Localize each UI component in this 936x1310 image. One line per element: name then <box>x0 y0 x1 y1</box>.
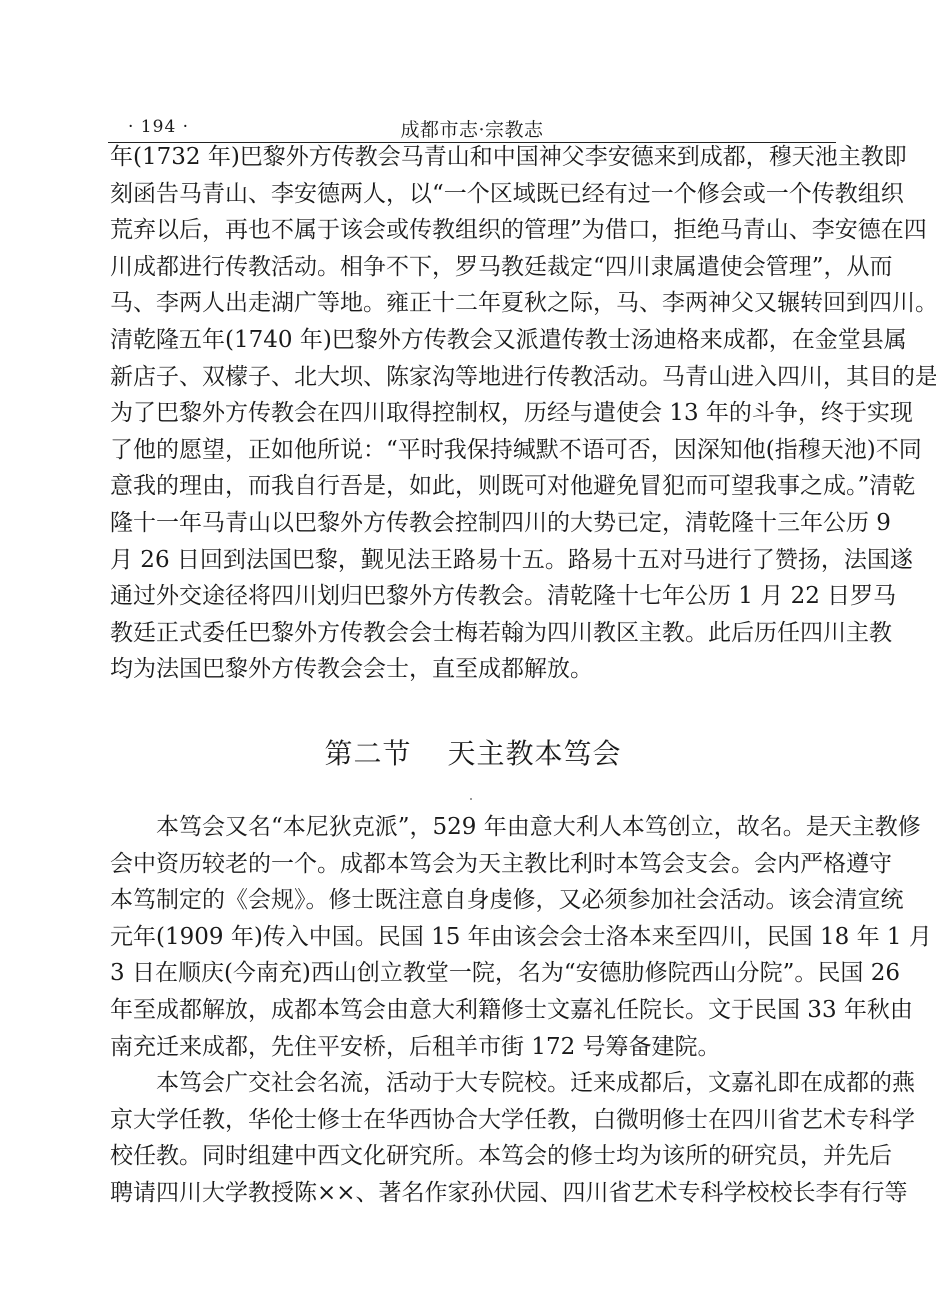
book-page: · 194 · 成都市志·宗教志 年(1732 年)巴黎外方传教会马青山和中国神… <box>0 0 936 1310</box>
section-heading: 第二节天主教本笃会 <box>110 734 836 774</box>
scan-speck <box>858 1110 860 1112</box>
text-line: 隆十一年马青山以巴黎外方传教会控制四川的大势已定，清乾隆十三年公历 9 <box>110 505 836 542</box>
text-line: 为了巴黎外方传教会在四川取得控制权，历经与遣使会 13 年的斗争，终于实现 <box>110 395 836 432</box>
text-line: 新店子、双檬子、北大坝、陈家沟等地进行传教活动。马青山进入四川，其目的是 <box>110 359 836 396</box>
text-line: 刻函告马青山、李安德两人，以“一个区域既已经有过一个修会或一个传教组织 <box>110 176 836 213</box>
text-line: 会中资历较老的一个。成都本笃会为天主教比利时本笃会支会。会内严格遵守 <box>110 846 836 883</box>
text-line: 意我的理由，而我自行吾是，如此，则既可对他避免冒犯而可望我事之成。”清乾 <box>110 468 836 505</box>
text-line: 聘请四川大学教授陈××、著名作家孙伏园、四川省艺术专科学校校长李有行等 <box>110 1175 836 1212</box>
section-2-paragraph-2: 本笃会广交社会名流，活动于大专院校。迁来成都后，文嘉礼即在成都的燕 京大学任教，… <box>110 1065 836 1211</box>
text-line: 清乾隆五年(1740 年)巴黎外方传教会又派遣传教士汤迪格来成都，在金堂县属 <box>110 322 836 359</box>
scan-speck <box>855 1010 857 1012</box>
text-line: 元年(1909 年)传入中国。民国 15 年由该会会士洛本来至四川，民国 18 … <box>110 919 836 956</box>
text-line: 年(1732 年)巴黎外方传教会马青山和中国神父李安德来到成都，穆天池主教即 <box>110 139 836 176</box>
book-title: 成都市志·宗教志 <box>108 115 836 142</box>
text-line: 京大学任教，华伦士修士在华西协合大学任教，白微明修士在四川省艺术专科学 <box>110 1102 836 1139</box>
text-line: 3 日在顺庆(今南充)西山创立教堂一院，名为“安德肋修院西山分院”。民国 26 <box>110 955 836 992</box>
text-line: 了他的愿望，正如他所说：“平时我保持缄默不语可否，因深知他(指穆天池)不同 <box>110 432 836 469</box>
text-line: 年至成都解放，成都本笃会由意大利籍修士文嘉礼任院长。文于民国 33 年秋由 <box>110 992 836 1029</box>
text-line: 荒弃以后，再也不属于该会或传教组织的管理”为借口，拒绝马青山、李安德在四 <box>110 212 836 249</box>
section-1-continuation: 年(1732 年)巴黎外方传教会马青山和中国神父李安德来到成都，穆天池主教即 刻… <box>110 139 836 688</box>
scan-speck <box>470 798 472 800</box>
text-line: 川成都进行传教活动。相争不下，罗马教廷裁定“四川隶属遣使会管理”，从而 <box>110 249 836 286</box>
text-line: 本笃会广交社会名流，活动于大专院校。迁来成都后，文嘉礼即在成都的燕 <box>110 1065 836 1102</box>
text-line: 教廷正式委任巴黎外方传教会会士梅若翰为四川教区主教。此后历任四川主教 <box>110 615 836 652</box>
section-title: 天主教本笃会 <box>448 737 622 770</box>
section-number: 第二节 <box>324 737 411 770</box>
text-line: 马、李两人出走湖广等地。雍正十二年夏秋之际，马、李两神父又辗转回到四川。 <box>110 285 836 322</box>
scan-speck <box>180 330 182 332</box>
text-line: 本笃制定的《会规》。修士既注意自身虔修，又必须参加社会活动。该会清宣统 <box>110 882 836 919</box>
text-line: 本笃会又名“本尼狄克派”，529 年由意大利人本笃创立，故名。是天主教修 <box>110 809 836 846</box>
scan-speck <box>858 1190 860 1192</box>
text-line: 南充迁来成都，先住平安桥，后租羊市街 172 号筹备建院。 <box>110 1029 836 1066</box>
section-2-paragraph-1: 本笃会又名“本尼狄克派”，529 年由意大利人本笃创立，故名。是天主教修 会中资… <box>110 809 836 1065</box>
text-line: 月 26 日回到法国巴黎，觐见法王路易十五。路易十五对马进行了赞扬，法国遂 <box>110 542 836 579</box>
text-line: 均为法国巴黎外方传教会会士，直至成都解放。 <box>110 651 836 688</box>
text-line: 校任教。同时组建中西文化研究所。本笃会的修士均为该所的研究员，并先后 <box>110 1138 836 1175</box>
text-line: 通过外交途径将四川划归巴黎外方传教会。清乾隆十七年公历 1 月 22 日罗马 <box>110 578 836 615</box>
